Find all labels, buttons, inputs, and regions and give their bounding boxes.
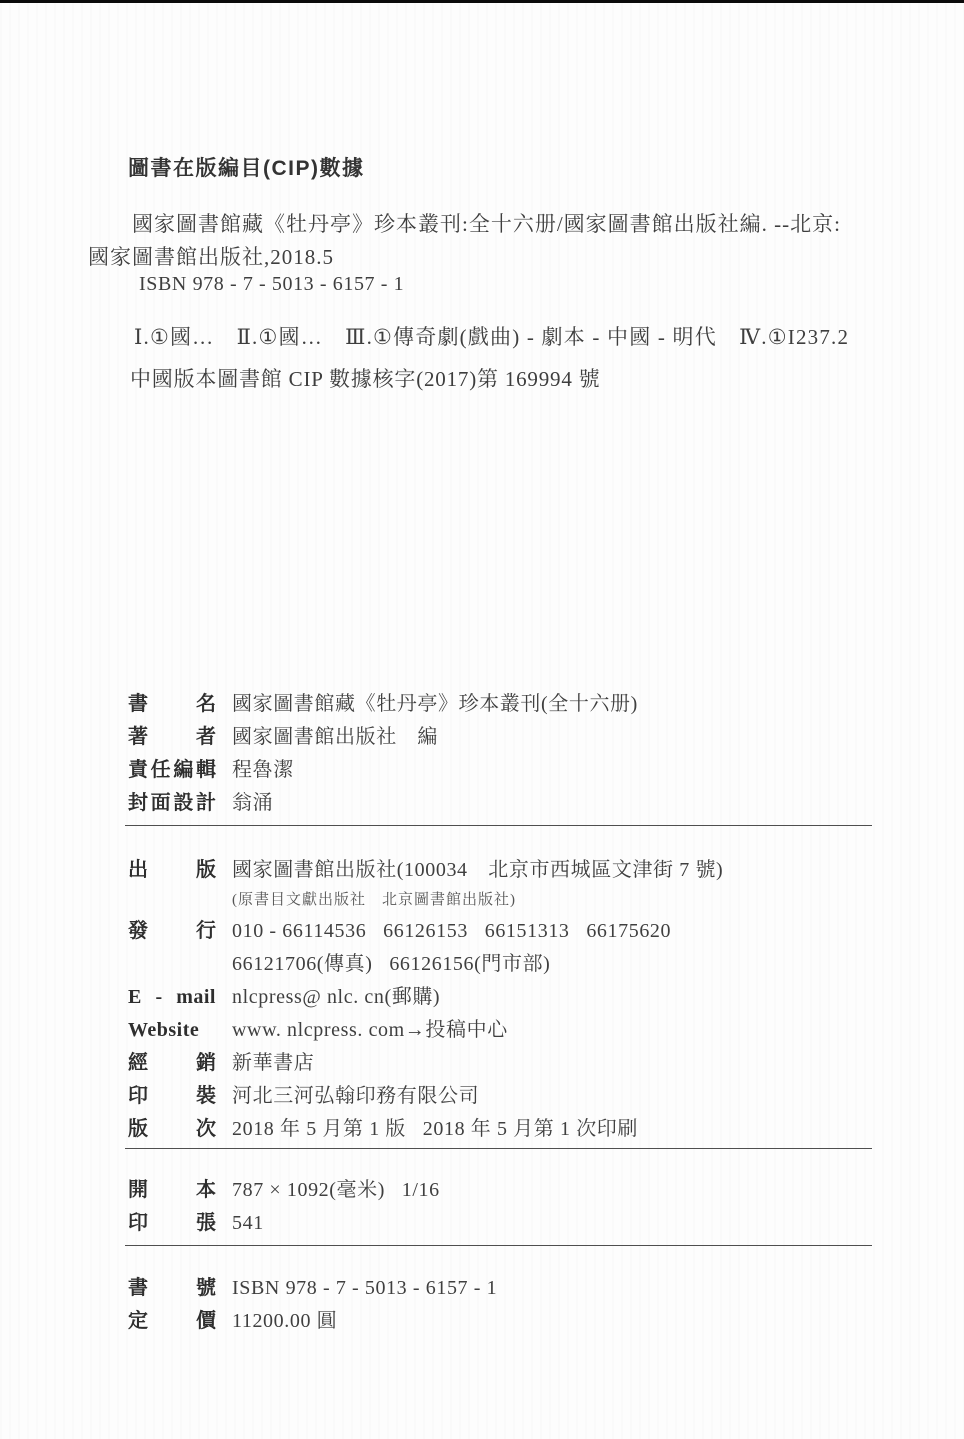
field-value-publisher: 國家圖書館出版社(100034 北京市西城區文津街 7 號) [232, 854, 723, 887]
field-label-website: Website [128, 1014, 216, 1047]
detail-row-distribution-line2: 66121706(傳真) 66126156(門市部) [128, 948, 723, 981]
divider-line-1 [125, 825, 872, 826]
detail-row-printer: 印裝 河北三河弘翰印務有限公司 [128, 1080, 723, 1113]
scan-top-edge [0, 0, 964, 3]
detail-row-printed-sheets: 印張 541 [128, 1207, 440, 1240]
label-column-spacer [128, 948, 232, 981]
field-value-distribution-fax: 66121706(傳真) 66126156(門市部) [232, 948, 550, 981]
detail-row-title: 書名 國家圖書館藏《牡丹亭》珍本叢刊(全十六册) [128, 688, 638, 721]
field-label-title: 書名 [128, 688, 216, 721]
field-label-sales: 經銷 [128, 1047, 216, 1080]
field-value-format: 787 × 1092(毫米) 1/16 [232, 1174, 440, 1207]
detail-row-editor: 責任編輯 程魯潔 [128, 754, 638, 787]
field-label-distribution: 發行 [128, 915, 216, 948]
field-label-edition: 版次 [128, 1113, 216, 1146]
field-label-author: 著者 [128, 721, 216, 754]
field-value-publisher-note: (原書目文獻出版社 北京圖書館出版社) [232, 887, 516, 915]
cip-description-line2: 國家圖書館出版社,2018.5 [88, 245, 334, 269]
detail-row-publisher: 出版 國家圖書館出版社(100034 北京市西城區文津街 7 號) [128, 854, 723, 887]
field-value-email: nlcpress@ nlc. cn(郵購) [232, 981, 440, 1014]
field-value-cover-design: 翁涌 [232, 787, 273, 820]
colophon-page: 圖書在版編目(CIP)數據 國家圖書館藏《牡丹亭》珍本叢刊:全十六册/國家圖書館… [0, 0, 964, 1439]
detail-row-cover-design: 封面設計 翁涌 [128, 787, 638, 820]
field-value-sales: 新華書店 [232, 1047, 314, 1080]
cip-description-line1: 國家圖書館藏《牡丹亭》珍本叢刊:全十六册/國家圖書館出版社編. --北京: [132, 212, 841, 236]
detail-row-book-number: 書號 ISBN 978 - 7 - 5013 - 6157 - 1 [128, 1272, 497, 1305]
detail-row-sales: 經銷 新華書店 [128, 1047, 723, 1080]
detail-block-isbn-price: 書號 ISBN 978 - 7 - 5013 - 6157 - 1 定價 112… [128, 1272, 497, 1338]
field-label-cover-design: 封面設計 [128, 787, 216, 820]
divider-line-3 [125, 1245, 872, 1246]
field-value-printer: 河北三河弘翰印務有限公司 [232, 1080, 479, 1113]
field-label-price: 定價 [128, 1305, 216, 1338]
field-value-printed-sheets: 541 [232, 1207, 264, 1240]
field-label-email: E - mail [128, 981, 216, 1014]
cip-heading: 圖書在版編目(CIP)數據 [128, 152, 365, 182]
detail-row-email: E - mail nlcpress@ nlc. cn(郵購) [128, 981, 723, 1014]
detail-block-format: 開本 787 × 1092(毫米) 1/16 印張 541 [128, 1174, 440, 1240]
cip-record-number: 中國版本圖書館 CIP 數據核字(2017)第 169994 號 [130, 363, 601, 393]
field-value-price: 11200.00 圓 [232, 1305, 337, 1338]
field-value-edition: 2018 年 5 月第 1 版 2018 年 5 月第 1 次印刷 [232, 1113, 638, 1146]
detail-row-format: 開本 787 × 1092(毫米) 1/16 [128, 1174, 440, 1207]
detail-block-title: 書名 國家圖書館藏《牡丹亭》珍本叢刊(全十六册) 著者 國家圖書館出版社 編 責… [128, 688, 638, 820]
field-label-publisher: 出版 [128, 854, 216, 887]
detail-row-distribution: 發行 010 - 66114536 66126153 66151313 6617… [128, 915, 723, 948]
field-label-printer: 印裝 [128, 1080, 216, 1113]
detail-row-website: Website www. nlcpress. com→投稿中心 [128, 1014, 723, 1047]
detail-row-publisher-note: (原書目文獻出版社 北京圖書館出版社) [128, 887, 723, 915]
field-value-title: 國家圖書館藏《牡丹亭》珍本叢刊(全十六册) [232, 688, 638, 721]
field-label-format: 開本 [128, 1174, 216, 1207]
cip-classification: Ⅰ.①國… Ⅱ.①國… Ⅲ.①傳奇劇(戲曲) - 劇本 - 中國 - 明代 Ⅳ.… [134, 321, 849, 351]
field-value-website: www. nlcpress. com→投稿中心 [232, 1014, 508, 1047]
detail-row-edition: 版次 2018 年 5 月第 1 版 2018 年 5 月第 1 次印刷 [128, 1113, 723, 1146]
field-value-author: 國家圖書館出版社 編 [232, 721, 438, 754]
cip-description: 國家圖書館藏《牡丹亭》珍本叢刊:全十六册/國家圖書館出版社編. --北京:國家圖… [88, 208, 898, 274]
detail-block-publishing: 出版 國家圖書館出版社(100034 北京市西城區文津街 7 號) (原書目文獻… [128, 854, 723, 1146]
field-label-editor: 責任編輯 [128, 754, 216, 787]
field-label-printed-sheets: 印張 [128, 1207, 216, 1240]
cip-isbn: ISBN 978 - 7 - 5013 - 6157 - 1 [139, 273, 404, 296]
label-column-spacer [128, 887, 232, 915]
field-value-distribution-phones: 010 - 66114536 66126153 66151313 6617562… [232, 915, 671, 948]
field-value-editor: 程魯潔 [232, 754, 294, 787]
divider-line-2 [125, 1148, 872, 1149]
field-value-book-number: ISBN 978 - 7 - 5013 - 6157 - 1 [232, 1272, 497, 1305]
detail-row-author: 著者 國家圖書館出版社 編 [128, 721, 638, 754]
field-label-book-number: 書號 [128, 1272, 216, 1305]
detail-row-price: 定價 11200.00 圓 [128, 1305, 497, 1338]
